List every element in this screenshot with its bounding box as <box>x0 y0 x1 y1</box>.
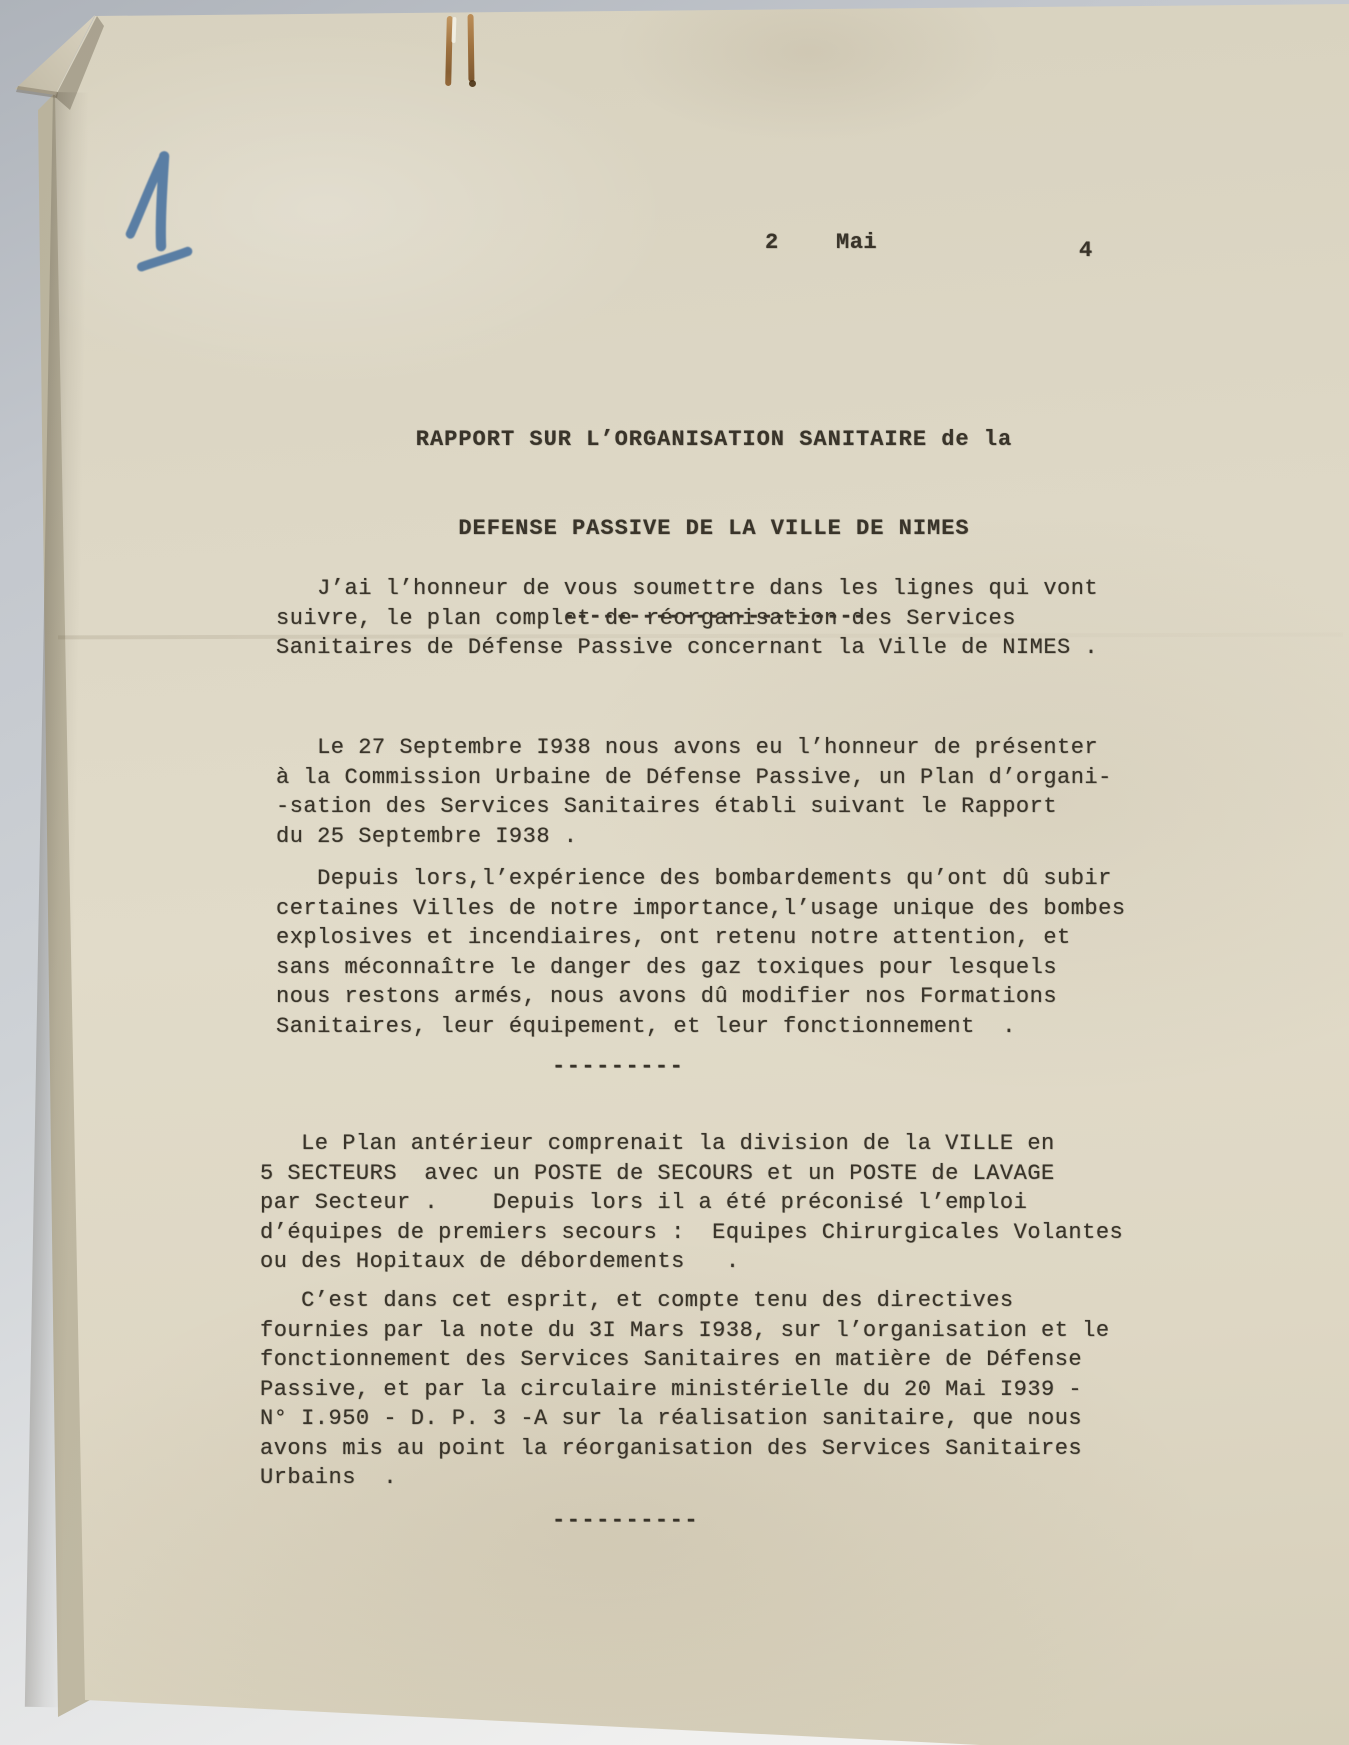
separator-dashes-1: --------- <box>552 1052 684 1082</box>
stamp-month: Mai <box>836 228 877 258</box>
page-number: 4 <box>1079 236 1093 266</box>
paragraph-directives: C’est dans cet esprit, et compte tenu de… <box>260 1286 1110 1493</box>
staple-rust-dot <box>469 80 476 87</box>
paragraph-september-1938: Le 27 Septembre I938 nous avons eu l’hon… <box>276 733 1112 851</box>
handwritten-page-number <box>116 148 200 276</box>
staple-rust-mark-right <box>468 14 475 82</box>
title-line-1: RAPPORT SUR L’ORGANISATION SANITAIRE de … <box>404 425 1024 455</box>
stamp-day: 2 <box>765 228 779 258</box>
paragraph-introduction: J’ai l’honneur de vous soumettre dans le… <box>276 574 1098 663</box>
paragraph-plan-anterieur: Le Plan antérieur comprenait la division… <box>260 1129 1123 1277</box>
paragraph-experience-bombardements: Depuis lors,l’expérience des bombardemen… <box>276 864 1126 1041</box>
title-line-2: DEFENSE PASSIVE DE LA VILLE DE NIMES <box>404 514 1024 544</box>
separator-dashes-2: ---------- <box>552 1506 699 1536</box>
